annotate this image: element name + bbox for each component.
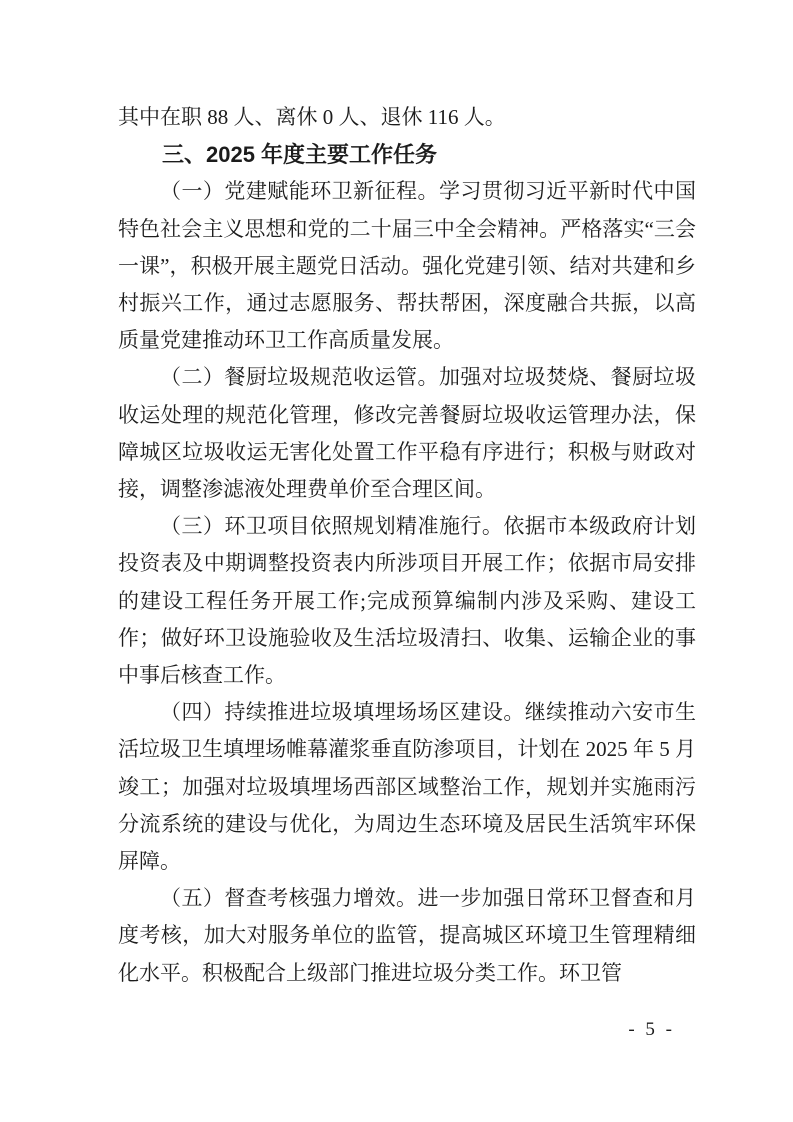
section-heading: 三、2025 年度主要工作任务 — [118, 136, 696, 173]
paragraph-item-5: （五）督查考核强力增效。进一步加强日常环卫督查和月度考核，加大对服务单位的监管，… — [118, 880, 696, 992]
paragraph-item-1: （一）党建赋能环卫新征程。学习贯彻习近平新时代中国特色社会主义思想和党的二十届三… — [118, 173, 696, 359]
paragraph-item-3: （三）环卫项目依照规划精准施行。依据市本级政府计划投资表及中期调整投资表内所涉项… — [118, 508, 696, 694]
document-body: 其中在职 88 人、离休 0 人、退休 116 人。 三、2025 年度主要工作… — [118, 99, 696, 992]
paragraph-continuation: 其中在职 88 人、离休 0 人、退休 116 人。 — [118, 99, 696, 136]
page-number: - 5 - — [628, 1019, 675, 1041]
paragraph-item-4: （四）持续推进垃圾填埋场场区建设。继续推动六安市生活垃圾卫生填埋场帷幕灌浆垂直防… — [118, 694, 696, 880]
paragraph-item-2: （二）餐厨垃圾规范收运管。加强对垃圾焚烧、餐厨垃圾收运处理的规范化管理，修改完善… — [118, 359, 696, 508]
document-page: 其中在职 88 人、离休 0 人、退休 116 人。 三、2025 年度主要工作… — [0, 0, 793, 1122]
